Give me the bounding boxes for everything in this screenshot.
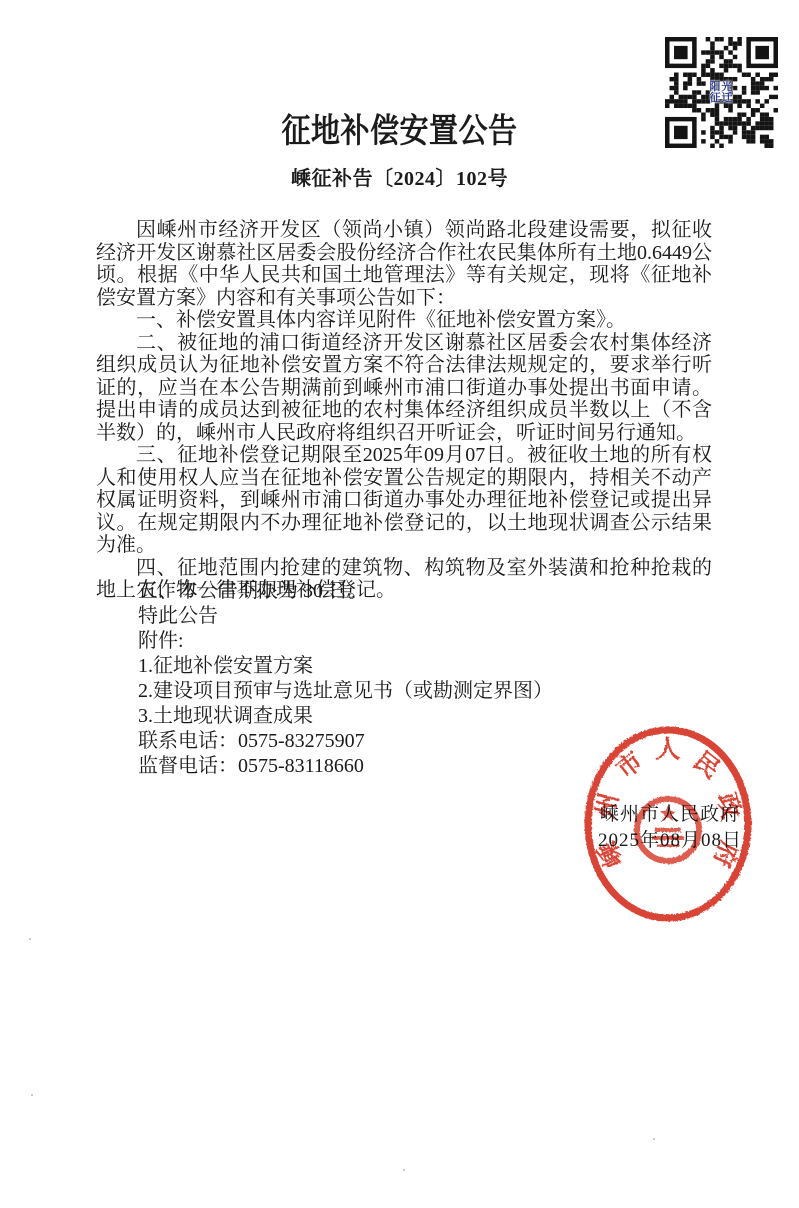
- signature-date: 2025年08月08日: [565, 828, 775, 854]
- intro-paragraph: 因嵊州市经济开发区（领尚小镇）领尚路北段建设需要，拟征收经济开发区谢慕社区居委会…: [96, 219, 712, 309]
- item-5-line: 五、本公告期限为 30 日。: [96, 579, 712, 604]
- supervision-phone-line: 监督电话：0575-83118660: [96, 754, 712, 779]
- scan-speck: [403, 1169, 405, 1171]
- document-page: 阳光 征迁 征地补偿安置公告 嵊征补告〔2024〕102号 因嵊州市经济开发区（…: [0, 0, 799, 1208]
- scan-speck: [29, 938, 31, 940]
- attachment-2: 2.建设项目预审与选址意见书（或勘测定界图）: [96, 679, 712, 704]
- page-title: 征地补偿安置公告: [0, 111, 799, 154]
- contact-phone-line: 联系电话：0575-83275907: [96, 729, 712, 754]
- attachments-heading: 附件:: [96, 629, 712, 654]
- closing-line: 特此公告: [96, 604, 712, 629]
- scan-speck: [31, 1094, 33, 1096]
- document-number: 嵊征补告〔2024〕102号: [0, 166, 799, 192]
- issuer-name: 嵊州市人民政府: [565, 802, 775, 828]
- closing-block: 五、本公告期限为 30 日。 特此公告 附件: 1.征地补偿安置方案 2.建设项…: [96, 579, 712, 779]
- item-3-paragraph: 三、征地补偿登记期限至2025年09月07日。被征收土地的所有权人和使用权人应当…: [96, 444, 712, 557]
- scan-speck: [653, 1138, 655, 1140]
- announcement-body: 因嵊州市经济开发区（领尚小镇）领尚路北段建设需要，拟征收经济开发区谢慕社区居委会…: [96, 219, 712, 602]
- signature-block: 嵊州市人民政府 2025年08月08日: [565, 802, 775, 854]
- attachment-1: 1.征地补偿安置方案: [96, 654, 712, 679]
- item-1-paragraph: 一、补偿安置具体内容详见附件《征地补偿安置方案》。: [96, 309, 712, 332]
- item-2-paragraph: 二、被征地的浦口街道经济开发区谢慕社区居委会农村集体经济组织成员认为征地补偿安置…: [96, 332, 712, 445]
- attachment-3: 3.土地现状调查成果: [96, 704, 712, 729]
